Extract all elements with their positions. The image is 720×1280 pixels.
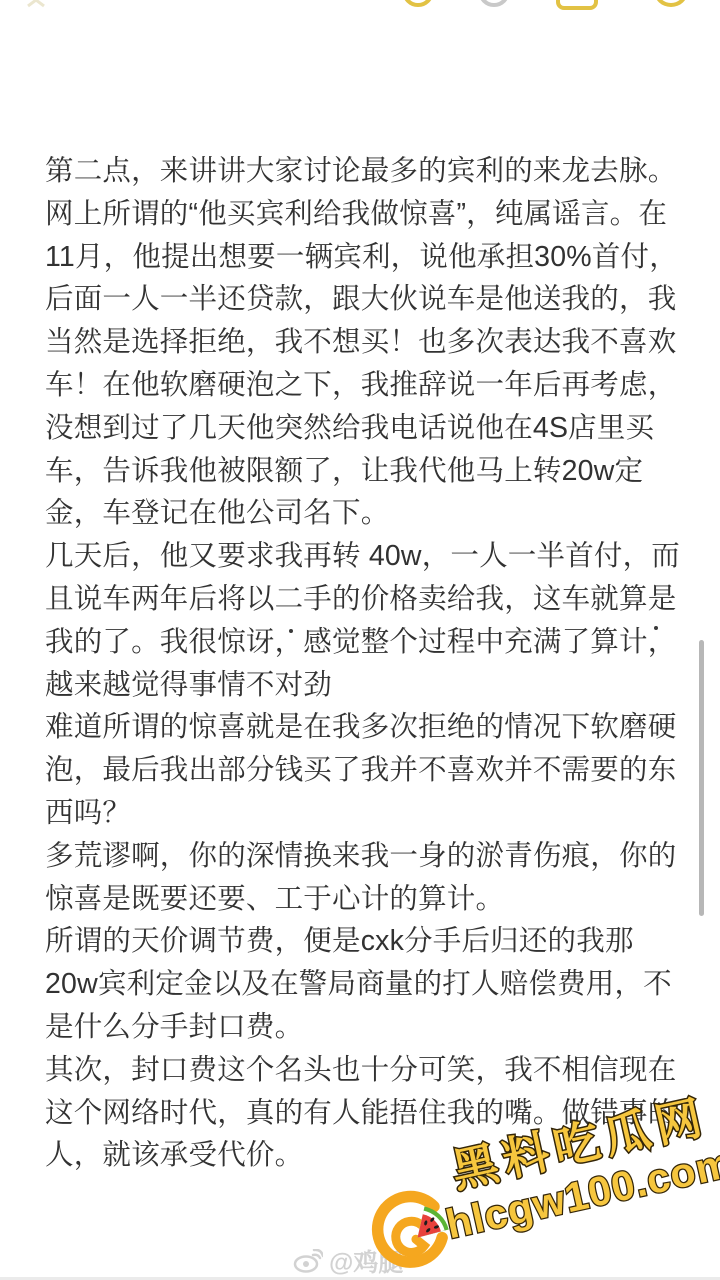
- text-line: 网上所谓的“他买宾利给我做惊喜”，纯属谣言。在: [45, 193, 705, 236]
- text-line: 车，告诉我他被限额了，让我代他马上转20w定: [45, 450, 705, 493]
- site-logo: [370, 1190, 452, 1280]
- text-line: 其次，封口费这个名头也十分可笑，我不相信现在: [45, 1049, 705, 1092]
- cropped-rounded-rect-icon[interactable]: [556, 0, 598, 10]
- emphasis-dot: [654, 626, 658, 630]
- emphasis-dot: [289, 629, 293, 633]
- text-line: 泡，最后我出部分钱买了我并不喜欢并不需要的东: [45, 749, 705, 792]
- text-line: 我的了。我很惊讶，感觉整个过程中充满了算计，: [45, 621, 705, 664]
- weibo-logo-icon: [293, 1249, 323, 1273]
- text-line: 车！在他软磨硬泡之下，我推辞说一年后再考虑，: [45, 364, 705, 407]
- text-line: 11月，他提出想要一辆宾利，说他承担30%首付，: [45, 236, 705, 279]
- post-text: 第二点，来讲讲大家讨论最多的宾利的来龙去脉。网上所谓的“他买宾利给我做惊喜”，纯…: [45, 150, 705, 1177]
- text-line: 人，就该承受代价。: [45, 1134, 705, 1177]
- text-line: 没想到过了几天他突然给我电话说他在4S店里买: [45, 407, 705, 450]
- text-line: 且说车两年后将以二手的价格卖给我，这车就算是: [45, 578, 705, 621]
- text-line: 20w宾利定金以及在警局商量的打人赔偿费用，不: [45, 963, 705, 1006]
- text-line: 后面一人一半还贷款，跟大伙说车是他送我的，我: [45, 278, 705, 321]
- text-line: 所谓的天价调节费，便是cxk分手后归还的我那: [45, 920, 705, 963]
- text-line: 几天后，他又要求我再转 40w，一人一半首付，而: [45, 535, 705, 578]
- text-line: 多荒谬啊，你的深情换来我一身的淤青伤痕，你的: [45, 835, 705, 878]
- faint-x-icon: [26, 0, 46, 8]
- text-line: 第二点，来讲讲大家讨论最多的宾利的来龙去脉。: [45, 150, 705, 193]
- cropped-faint-icon[interactable]: [26, 0, 46, 8]
- text-line: 惊喜是既要还要、工于心计的算计。: [45, 878, 705, 921]
- cropped-circle-icon-1[interactable]: [402, 0, 434, 7]
- text-line: 是什么分手封口费。: [45, 1006, 705, 1049]
- scrollbar-thumb[interactable]: [699, 640, 704, 916]
- text-line: 当然是选择拒绝，我不想买！也多次表达我不喜欢: [45, 321, 705, 364]
- cropped-circle-icon-2[interactable]: [478, 0, 510, 7]
- text-line: 金，车登记在他公司名下。: [45, 492, 705, 535]
- screenshot-root: 第二点，来讲讲大家讨论最多的宾利的来龙去脉。网上所谓的“他买宾利给我做惊喜”，纯…: [0, 0, 720, 1280]
- melon-c-logo-icon: [370, 1190, 452, 1280]
- text-line: 这个网络时代，真的有人能捂住我的嘴。做错事的: [45, 1092, 705, 1135]
- text-line: 越来越觉得事情不对劲: [45, 664, 705, 707]
- cropped-circle-icon-3[interactable]: [654, 0, 688, 7]
- text-line: 西吗？: [45, 792, 705, 835]
- text-line: 难道所谓的惊喜就是在我多次拒绝的情况下软磨硬: [45, 706, 705, 749]
